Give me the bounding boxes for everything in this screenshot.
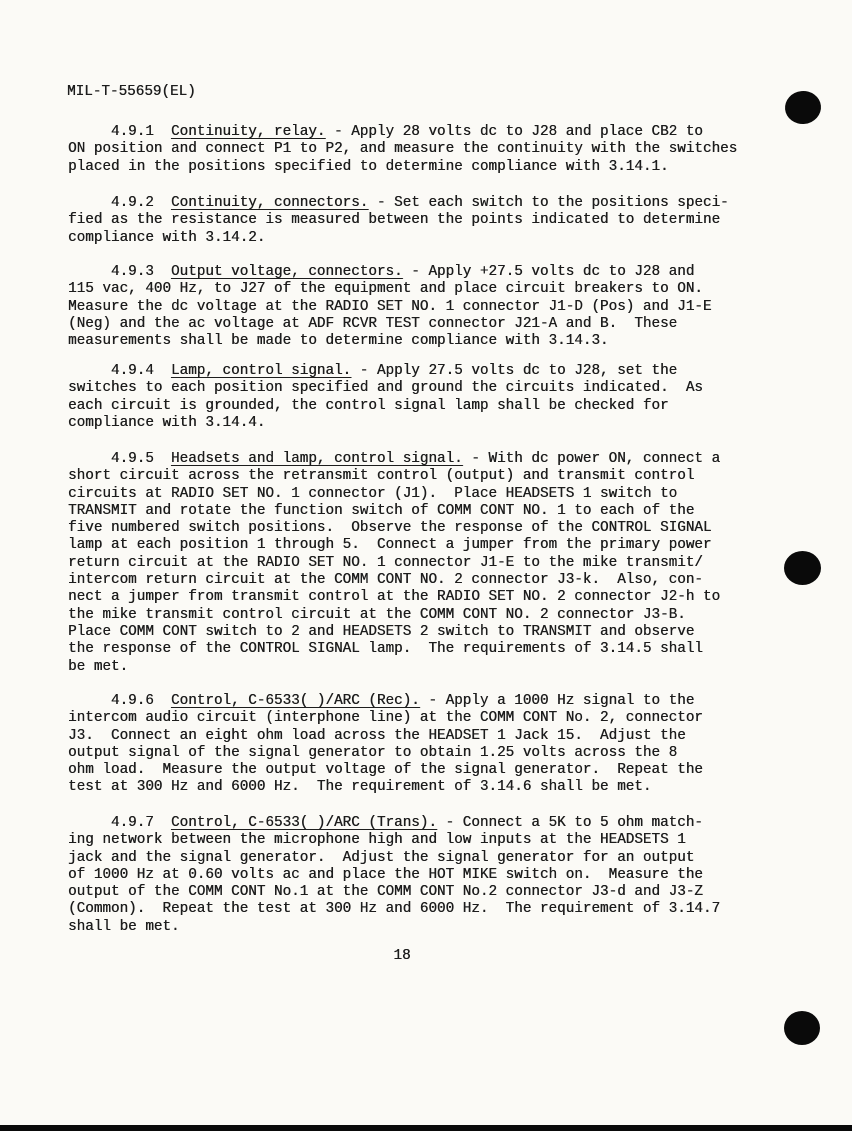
section-4-9-3: 4.9.3Output voltage, connectors. - Apply… [68,264,711,350]
section-body: ON position and connect P1 to P2, and me… [68,141,737,176]
section-4-9-6: 4.9.6Control, C-6533( )/ARC (Rec). - App… [68,693,703,797]
section-title: Headsets and lamp, control signal. [171,451,463,467]
section-lead: - Apply 27.5 volts dc to J28, set the [351,363,677,379]
section-lead: - Apply a 1000 Hz signal to the [420,693,695,709]
section-lead: - Apply +27.5 volts dc to J28 and [403,264,695,280]
section-body: ing network between the microphone high … [68,832,720,936]
section-number: 4.9.4 [111,363,154,379]
document-id-header: MIL-T-55659(EL) [67,84,196,101]
document-page: MIL-T-55659(EL) 4.9.1Continuity, relay. … [0,0,852,1131]
section-first-line: 4.9.4Lamp, control signal. - Apply 27.5 … [68,363,703,380]
section-body: short circuit across the retransmit cont… [68,468,720,676]
section-lead: - With dc power ON, connect a [463,451,720,467]
section-first-line: 4.9.2Continuity, connectors. - Set each … [68,195,729,212]
section-number: 4.9.6 [111,693,154,709]
section-body: fied as the resistance is measured betwe… [68,212,729,247]
section-body: 115 vac, 400 Hz, to J27 of the equipment… [68,281,711,350]
section-title: Output voltage, connectors. [171,264,403,280]
section-number: 4.9.3 [111,264,154,280]
section-number: 4.9.7 [111,815,154,831]
section-number: 4.9.1 [111,124,154,140]
section-title: Control, C-6533( )/ARC (Trans). [171,815,437,831]
page-number: 18 [68,948,736,965]
section-4-9-1: 4.9.1Continuity, relay. - Apply 28 volts… [68,124,737,176]
binder-hole-dot-top [783,89,822,126]
binder-hole-dot-middle [784,551,821,585]
section-4-9-2: 4.9.2Continuity, connectors. - Set each … [68,195,729,247]
section-body: switches to each position specified and … [68,380,703,432]
section-first-line: 4.9.5Headsets and lamp, control signal. … [68,451,720,468]
section-4-9-7: 4.9.7Control, C-6533( )/ARC (Trans). - C… [68,815,720,936]
section-body: intercom audio circuit (interphone line)… [68,710,703,796]
section-4-9-5: 4.9.5Headsets and lamp, control signal. … [68,451,720,676]
section-title: Continuity, relay. [171,124,325,140]
section-number: 4.9.2 [111,195,154,211]
section-first-line: 4.9.6Control, C-6533( )/ARC (Rec). - App… [68,693,703,710]
section-lead: - Apply 28 volts dc to J28 and place CB2… [325,124,703,140]
section-title: Continuity, connectors. [171,195,368,211]
binder-hole-dot-bottom [784,1011,820,1045]
section-title: Control, C-6533( )/ARC (Rec). [171,693,420,709]
scan-edge-bar [0,1125,852,1131]
section-title: Lamp, control signal. [171,363,351,379]
section-first-line: 4.9.7Control, C-6533( )/ARC (Trans). - C… [68,815,720,832]
section-lead: - Connect a 5K to 5 ohm match- [437,815,703,831]
section-number: 4.9.5 [111,451,154,467]
section-first-line: 4.9.1Continuity, relay. - Apply 28 volts… [68,124,737,141]
section-first-line: 4.9.3Output voltage, connectors. - Apply… [68,264,711,281]
section-lead: - Set each switch to the positions speci… [368,195,728,211]
section-4-9-4: 4.9.4Lamp, control signal. - Apply 27.5 … [68,363,703,432]
